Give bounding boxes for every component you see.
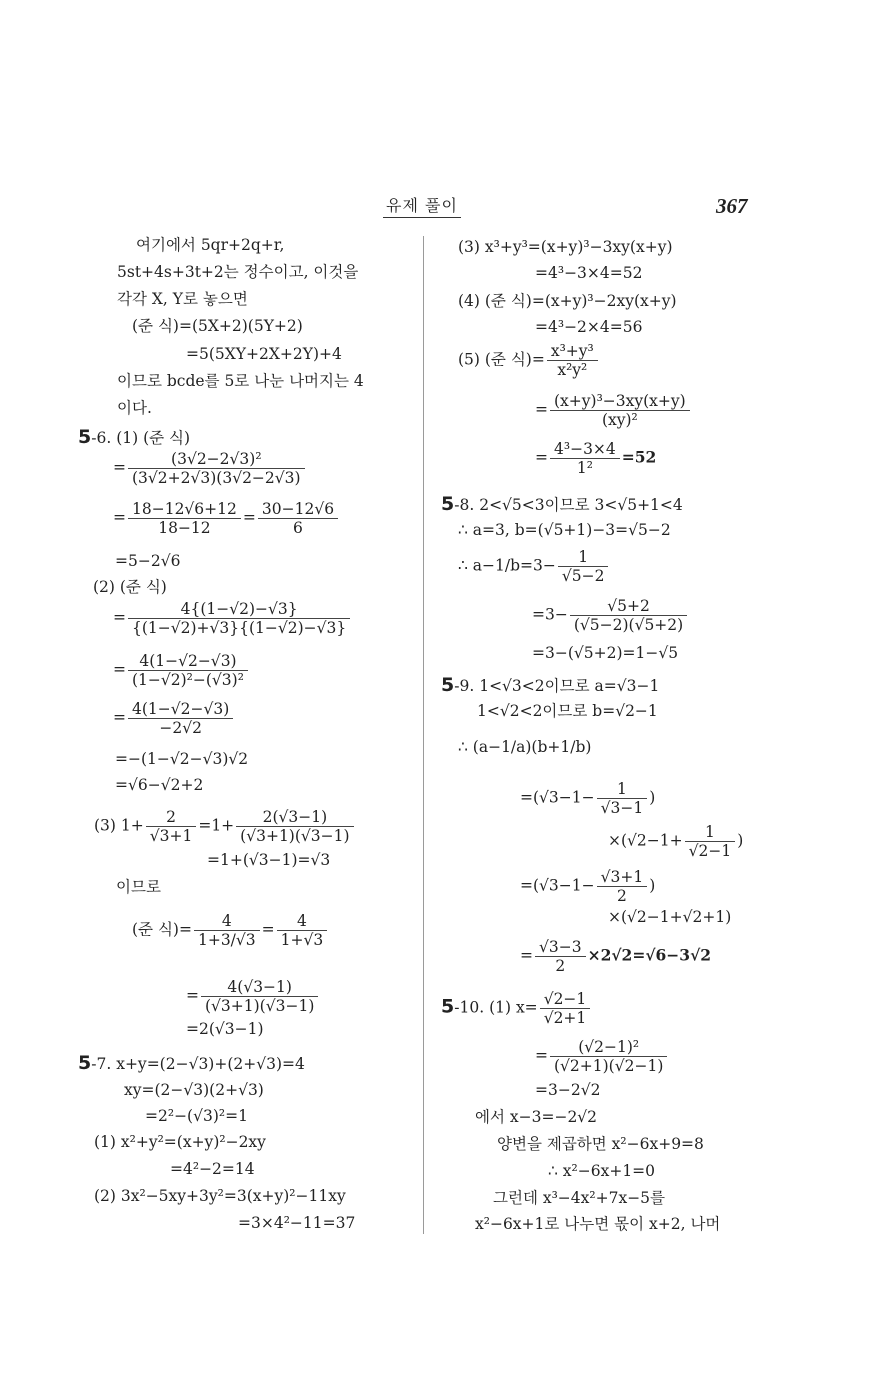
math-line: ∴ x²−6x+1=0	[548, 1161, 655, 1181]
numerator: 1	[597, 780, 648, 799]
denominator: −2√2	[128, 719, 233, 737]
expression: =(√3−1−	[520, 789, 595, 807]
denominator: √5−2	[558, 567, 609, 585]
denominator: (√3+1)(√3−1)	[236, 827, 353, 845]
problem-5-10-heading: 5-10. (1) x=√2−1√2+1	[441, 990, 592, 1027]
text-line: (준 식)=(5X+2)(5Y+2)	[132, 316, 303, 336]
page-number: 367	[716, 194, 748, 219]
problem-number: 5	[78, 1052, 91, 1074]
numerator: √3+1	[597, 868, 648, 887]
math-line: =4³−3×4=52	[535, 263, 642, 283]
denominator: (√3+1)(√3−1)	[201, 997, 318, 1015]
problem-suffix: -10.	[454, 999, 484, 1017]
denominator: 1+√3	[277, 931, 328, 949]
math-line: =1+(√3−1)=√3	[207, 850, 330, 870]
math-line: =(x+y)³−3xy(x+y)(xy)²	[535, 392, 692, 429]
result: ×2√2=√6−3√2	[588, 946, 711, 965]
problem-number: 5	[441, 674, 454, 696]
part-label: (1) (준 식)	[116, 429, 190, 447]
problem-suffix: -7.	[91, 1055, 111, 1073]
problem-5-9-heading: 5-9. 1<√3<2이므로 a=√3−1	[441, 675, 659, 696]
problem-5-8-heading: 5-8. 2<√5<3이므로 3<√5+1<4	[441, 494, 683, 515]
numerator: 4(√3−1)	[201, 978, 318, 997]
denominator: 1²	[550, 459, 620, 477]
math-line: =√3−32×2√2=√6−3√2	[520, 938, 711, 975]
numerator: 30−12√6	[258, 500, 338, 519]
denominator: √3−1	[597, 799, 648, 817]
denominator: (xy)²	[550, 411, 690, 429]
math-line: 그런데 x³−4x²+7x−5를	[493, 1188, 665, 1208]
numerator: (x+y)³−3xy(x+y)	[550, 392, 690, 411]
math-line: =4³−3×41²=52	[535, 440, 656, 477]
math-line: =5−2√6	[115, 551, 180, 571]
equals-sign: =	[535, 449, 548, 467]
fraction: 4(1−√2−√3)(1−√2)²−(√3)²	[128, 652, 248, 689]
equals-sign: =	[535, 1047, 548, 1065]
math-line: =(3√2−2√3)²(3√2+2√3)(3√2−2√3)	[113, 450, 307, 487]
math-line: =(√3−1−1√3−1)	[520, 780, 655, 817]
math-line: (2) 3x²−5xy+3y²=3(x+y)²−11xy	[94, 1186, 346, 1206]
expression: =1+	[198, 817, 234, 835]
problem-number: 5	[78, 426, 91, 448]
expression: (1) x=	[489, 999, 538, 1017]
math-line: xy=(2−√3)(2+√3)	[124, 1080, 264, 1100]
math-line: =√6−√2+2	[115, 775, 203, 795]
equals-sign: =	[186, 987, 199, 1005]
math-line: (5) (준 식)=x³+y³x²y²	[458, 342, 600, 379]
math-line: =4{(1−√2)−√3}{(1−√2)+√3}{(1−√2)−√3}	[113, 600, 352, 637]
math-line: =3×4²−11=37	[238, 1213, 355, 1233]
math-line: ×(√2−1+1√2−1)	[608, 823, 743, 860]
numerator: 4{(1−√2)−√3}	[128, 600, 350, 619]
equals-sign: =	[113, 709, 126, 727]
math-expression: x+y=(2−√3)+(2+√3)=4	[116, 1055, 305, 1073]
math-line: =3−(√5+2)=1−√5	[532, 643, 678, 663]
numerator: 4(1−√2−√3)	[128, 700, 233, 719]
expression: (3) 1+	[94, 817, 144, 835]
numerator: 2(√3−1)	[236, 808, 353, 827]
denominator: 2	[597, 887, 648, 905]
fraction: x³+y³x²y²	[547, 342, 598, 379]
fraction: 4(√3−1)(√3+1)(√3−1)	[201, 978, 318, 1015]
numerator: 18−12√6+12	[128, 500, 241, 519]
expression: )	[649, 789, 655, 807]
denominator: 6	[258, 519, 338, 537]
math-expression: 1<√3<2이므로 a=√3−1	[479, 677, 659, 695]
equals-sign: =	[113, 661, 126, 679]
expression: =(√3−1−	[520, 877, 595, 895]
problem-number: 5	[441, 493, 454, 515]
result: =52	[622, 448, 657, 467]
fraction: (√2−1)²(√2+1)(√2−1)	[550, 1038, 667, 1075]
problem-5-7-heading: 5-7. x+y=(2−√3)+(2+√3)=4	[78, 1053, 305, 1074]
fraction: 2(√3−1)(√3+1)(√3−1)	[236, 808, 353, 845]
expression: (준 식)=	[132, 921, 192, 939]
math-line: x²−6x+1로 나누면 몫이 x+2, 나머	[475, 1214, 720, 1234]
math-line: =18−12√6+1218−12=30−12√66	[113, 500, 340, 537]
math-line: =4(1−√2−√3)(1−√2)²−(√3)²	[113, 652, 250, 689]
expression: =3−	[532, 606, 568, 624]
fraction: 1√3−1	[597, 780, 648, 817]
equals-sign: =	[113, 509, 126, 527]
text-line: 여기에서 5qr+2q+r,	[136, 235, 284, 255]
numerator: 4	[277, 912, 328, 931]
math-line: =4³−2×4=56	[535, 317, 642, 337]
denominator: √3+1	[146, 827, 197, 845]
math-line: =4(√3−1)(√3+1)(√3−1)	[186, 978, 320, 1015]
numerator: √5+2	[570, 597, 687, 616]
math-line: =3−2√2	[535, 1080, 600, 1100]
fraction: √3+12	[597, 868, 648, 905]
equals-sign: =	[535, 401, 548, 419]
math-line: (3) x³+y³=(x+y)³−3xy(x+y)	[458, 237, 673, 257]
denominator: 1+3/√3	[194, 931, 260, 949]
fraction: 2√3+1	[146, 808, 197, 845]
denominator: (√2+1)(√2−1)	[550, 1057, 667, 1075]
text-line: 이므로 bcde를 5로 나눈 나머지는 4	[117, 371, 364, 391]
math-line: =(√3−1−√3+12)	[520, 868, 655, 905]
problem-5-6-heading: 5-6. (1) (준 식)	[78, 427, 190, 448]
numerator: x³+y³	[547, 342, 598, 361]
fraction: 18−12√6+1218−12	[128, 500, 241, 537]
math-line: (1) x²+y²=(x+y)²−2xy	[94, 1132, 266, 1152]
math-line: 에서 x−3=−2√2	[475, 1107, 597, 1127]
math-line: (준 식)=41+3/√3=41+√3	[132, 912, 329, 949]
equals-sign: =	[113, 609, 126, 627]
denominator: (√5−2)(√5+2)	[570, 616, 687, 634]
expression: ∴ a−1/b=3−	[458, 557, 556, 575]
math-line: ∴ a−1/b=3−1√5−2	[458, 548, 610, 585]
math-line: =−(1−√2−√3)√2	[115, 749, 248, 769]
section-title: 유제 풀이	[383, 193, 461, 218]
equals-sign: =	[113, 459, 126, 477]
numerator: 4³−3×4	[550, 440, 620, 459]
fraction: √5+2(√5−2)(√5+2)	[570, 597, 687, 634]
denominator: √2+1	[540, 1009, 591, 1027]
math-line: =2(√3−1)	[186, 1019, 264, 1039]
math-line: =2²−(√3)²=1	[145, 1106, 248, 1126]
numerator: √3−3	[535, 938, 586, 957]
column-divider	[423, 236, 424, 1234]
denominator: {(1−√2)+√3}{(1−√2)−√3}	[128, 619, 350, 637]
fraction: 30−12√66	[258, 500, 338, 537]
problem-suffix: -8.	[454, 496, 474, 514]
problem-suffix: -9.	[454, 677, 474, 695]
fraction: (x+y)³−3xy(x+y)(xy)²	[550, 392, 690, 429]
expression: ×(√2−1+	[608, 832, 683, 850]
math-line: =(√2−1)²(√2+1)(√2−1)	[535, 1038, 669, 1075]
math-expression: 2<√5<3이므로 3<√5+1<4	[479, 496, 683, 514]
fraction: (3√2−2√3)²(3√2+2√3)(3√2−2√3)	[128, 450, 305, 487]
math-line: ∴ (a−1/a)(b+1/b)	[458, 737, 591, 757]
expression: )	[649, 877, 655, 895]
numerator: 4(1−√2−√3)	[128, 652, 248, 671]
fraction: √3−32	[535, 938, 586, 975]
denominator: (3√2+2√3)(3√2−2√3)	[128, 469, 305, 487]
denominator: 2	[535, 957, 586, 975]
fraction: 4³−3×41²	[550, 440, 620, 477]
numerator: (√2−1)²	[550, 1038, 667, 1057]
math-line: (3) 1+2√3+1=1+2(√3−1)(√3+1)(√3−1)	[94, 808, 356, 845]
text-line: =5(5XY+2X+2Y)+4	[186, 344, 342, 364]
fraction: 4(1−√2−√3)−2√2	[128, 700, 233, 737]
math-line: =4²−2=14	[170, 1159, 255, 1179]
math-line: 1<√2<2이므로 b=√2−1	[477, 701, 658, 721]
math-line: (4) (준 식)=(x+y)³−2xy(x+y)	[458, 291, 677, 311]
numerator: 2	[146, 808, 197, 827]
denominator: √2−1	[685, 842, 736, 860]
denominator: 18−12	[128, 519, 241, 537]
math-line: =4(1−√2−√3)−2√2	[113, 700, 235, 737]
fraction: 4{(1−√2)−√3}{(1−√2)+√3}{(1−√2)−√3}	[128, 600, 350, 637]
math-line: ×(√2−1+√2+1)	[608, 907, 731, 927]
text-line: 이므로	[116, 877, 161, 897]
equals-sign: =	[243, 509, 256, 527]
fraction: 41+√3	[277, 912, 328, 949]
problem-suffix: -6.	[91, 429, 111, 447]
expression: (5) (준 식)=	[458, 351, 545, 369]
math-line: ∴ a=3, b=(√5+1)−3=√5−2	[458, 520, 671, 540]
text-line: 이다.	[117, 398, 152, 418]
text-line: 각각 X, Y로 놓으면	[117, 289, 248, 309]
text-line: 5st+4s+3t+2는 정수이고, 이것을	[117, 262, 358, 282]
expression: =	[520, 947, 533, 965]
numerator: (3√2−2√3)²	[128, 450, 305, 469]
fraction: √2−1√2+1	[540, 990, 591, 1027]
expression: )	[737, 832, 743, 850]
numerator: 1	[685, 823, 736, 842]
denominator: x²y²	[547, 361, 598, 379]
numerator: √2−1	[540, 990, 591, 1009]
part-label: (2) (준 식)	[93, 577, 167, 597]
math-line: 양변을 제곱하면 x²−6x+9=8	[497, 1134, 704, 1154]
equals-sign: =	[262, 921, 275, 939]
fraction: 1√5−2	[558, 548, 609, 585]
fraction: 41+3/√3	[194, 912, 260, 949]
numerator: 4	[194, 912, 260, 931]
numerator: 1	[558, 548, 609, 567]
denominator: (1−√2)²−(√3)²	[128, 671, 248, 689]
math-line: =3−√5+2(√5−2)(√5+2)	[532, 597, 689, 634]
problem-number: 5	[441, 996, 454, 1018]
fraction: 1√2−1	[685, 823, 736, 860]
